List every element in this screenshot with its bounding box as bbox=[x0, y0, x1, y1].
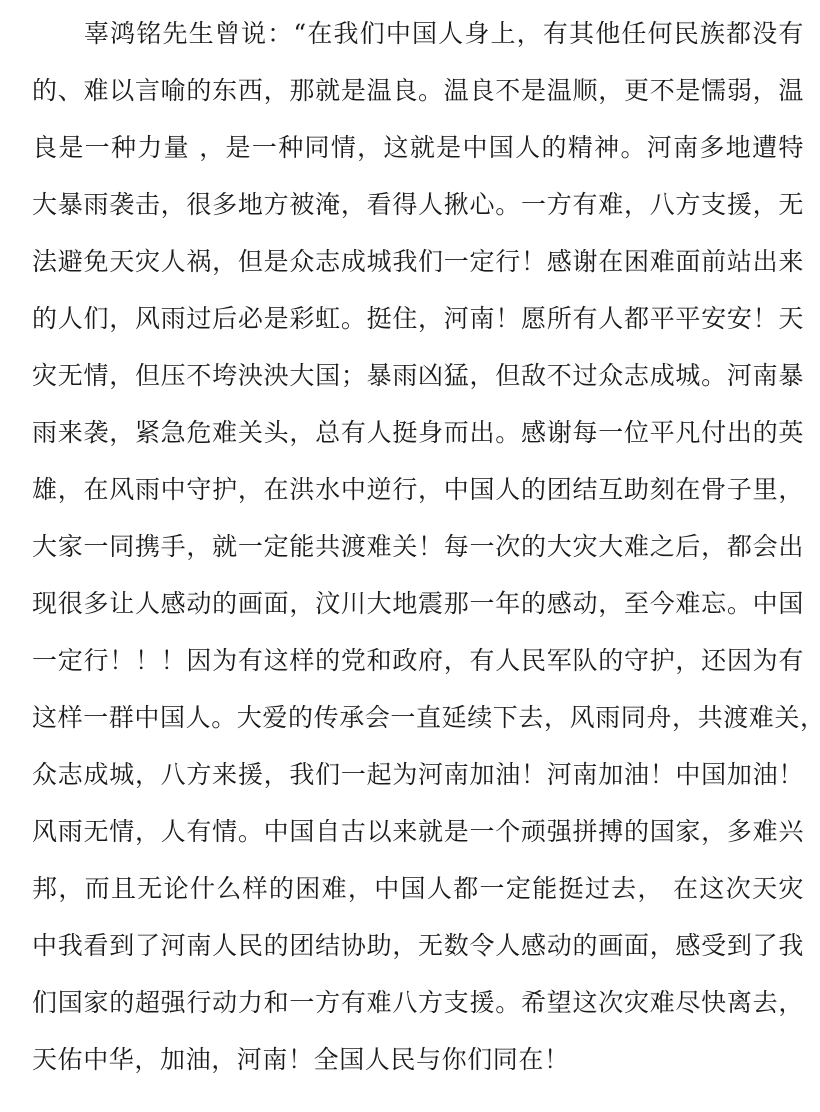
paragraph-line: 辜鸿铭先生曾说：“在我们中国人身上，有其他任何民族都没有 bbox=[84, 14, 804, 54]
paragraph-line: 们国家的超强行动力和一方有难八方支援。希望这次灾难尽快离去， bbox=[32, 983, 804, 1023]
paragraph-line: 邦，而且无论什么样的困难，中国人都一定能挺过去， 在这次天灾 bbox=[32, 869, 804, 909]
paragraph-line: 风雨无情，人有情。中国自古以来就是一个顽强拼搏的国家，多难兴 bbox=[32, 812, 804, 852]
paragraph-line: 的、难以言喻的东西，那就是温良。温良不是温顺，更不是懦弱，温 bbox=[32, 71, 804, 111]
paragraph-line: 法避免天灾人祸，但是众志成城我们一定行！感谢在困难面前站出来 bbox=[32, 242, 804, 282]
paragraph-line: 这样一群中国人。大爱的传承会一直延续下去，风雨同舟，共渡难关， bbox=[32, 698, 804, 738]
paragraph-line: 大家一同携手，就一定能共渡难关！每一次的大灾大难之后，都会出 bbox=[32, 527, 804, 567]
document-page: 辜鸿铭先生曾说：“在我们中国人身上，有其他任何民族都没有 的、难以言喻的东西，那… bbox=[0, 0, 820, 1112]
paragraph-line: 众志成城，八方来援，我们一起为河南加油！河南加油！中国加油！ bbox=[32, 755, 804, 795]
paragraph-line: 雄，在风雨中守护，在洪水中逆行，中国人的团结互助刻在骨子里， bbox=[32, 470, 804, 510]
paragraph-line: 大暴雨袭击，很多地方被淹，看得人揪心。一方有难，八方支援，无 bbox=[32, 185, 804, 225]
paragraph-line: 一定行！！！因为有这样的党和政府，有人民军队的守护，还因为有 bbox=[32, 641, 804, 681]
paragraph-line: 中我看到了河南人民的团结协助，无数令人感动的画面，感受到了我 bbox=[32, 926, 804, 966]
paragraph-line: 灾无情，但压不垮泱泱大国；暴雨凶猛，但敌不过众志成城。河南暴 bbox=[32, 356, 804, 396]
paragraph-line: 良是一种力量 ，是一种同情，这就是中国人的精神。河南多地遭特 bbox=[32, 128, 804, 168]
paragraph-line: 现很多让人感动的画面，汶川大地震那一年的感动，至今难忘。中国 bbox=[32, 584, 804, 624]
paragraph-line: 天佑中华，加油，河南！全国人民与你们同在！ bbox=[32, 1040, 804, 1080]
paragraph-line: 雨来袭，紧急危难关头，总有人挺身而出。感谢每一位平凡付出的英 bbox=[32, 413, 804, 453]
paragraph-line: 的人们，风雨过后必是彩虹。挺住，河南！愿所有人都平平安安！天 bbox=[32, 299, 804, 339]
